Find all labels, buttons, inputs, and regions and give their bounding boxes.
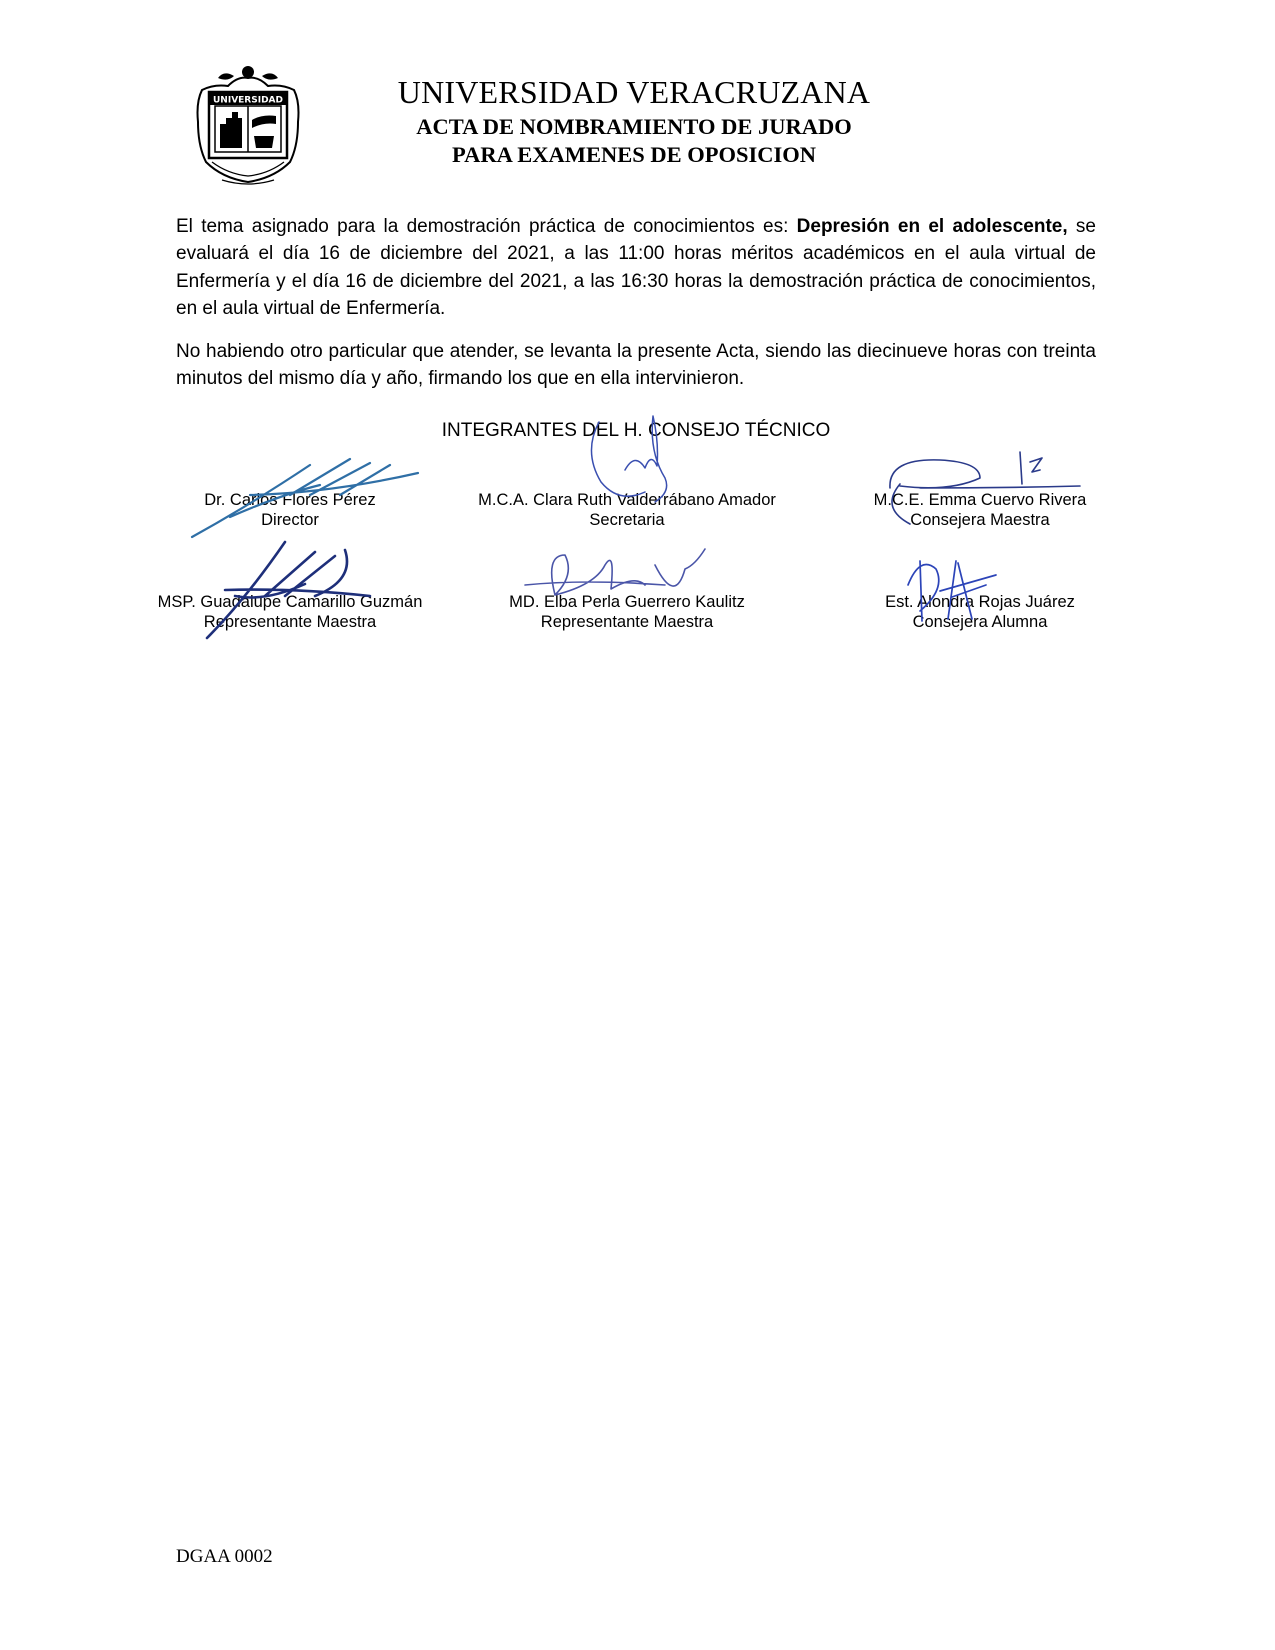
signatory-name: M.C.E. Emma Cuervo Rivera — [780, 490, 1180, 510]
signatory-name: M.C.A. Clara Ruth Valderrábano Amador — [427, 490, 827, 510]
svg-text:UNIVERSIDAD: UNIVERSIDAD — [213, 96, 283, 106]
signatory-name: Est. Alondra Rojas Juárez — [780, 592, 1180, 612]
signature-block: M.C.A. Clara Ruth Valderrábano Amador Se… — [427, 490, 827, 530]
council-heading: INTEGRANTES DEL H. CONSEJO TÉCNICO — [176, 420, 1096, 442]
form-code: DGAA 0002 — [176, 1546, 273, 1568]
signature-block: MD. Elba Perla Guerrero Kaulitz Represen… — [427, 592, 827, 632]
signatory-role: Consejera Alumna — [780, 612, 1180, 632]
paragraph-intro: El tema asignado para la demostración pr… — [176, 216, 797, 237]
institution-name: UNIVERSIDAD VERACRUZANA — [300, 74, 968, 110]
signatory-role: Consejera Maestra — [780, 510, 1180, 530]
signatory-role: Representante Maestra — [427, 612, 827, 632]
university-seal-logo: UNIVERSIDAD — [192, 62, 304, 186]
signatory-name: MD. Elba Perla Guerrero Kaulitz — [427, 592, 827, 612]
exam-details-paragraph: El tema asignado para la demostración pr… — [176, 213, 1096, 322]
signature-block: M.C.E. Emma Cuervo Rivera Consejera Maes… — [780, 490, 1180, 530]
closing-paragraph: No habiendo otro particular que atender,… — [176, 338, 1096, 393]
exam-topic: Depresión en el adolescente, — [797, 216, 1068, 237]
document-title: ACTA DE NOMBRAMIENTO DE JURADO — [300, 114, 968, 140]
document-subtitle: PARA EXAMENES DE OPOSICION — [300, 142, 968, 168]
signature-block: Est. Alondra Rojas Juárez Consejera Alum… — [780, 592, 1180, 632]
signatory-role: Secretaria — [427, 510, 827, 530]
